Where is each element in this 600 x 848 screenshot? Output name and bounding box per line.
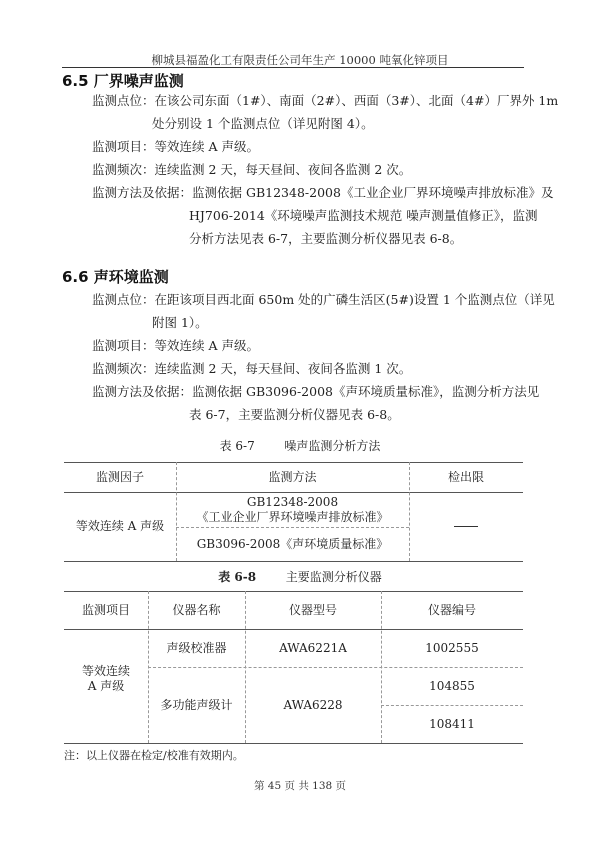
section-heading-6-5: 6.5 厂界噪声监测: [62, 70, 184, 91]
table-cell-instrument-serial: 1002555: [381, 629, 523, 667]
paragraph-line: 监测点位：在该公司东面（1#）、南面（2#）、西面（3#）、北面（4#）厂界外 …: [92, 90, 558, 111]
table-header-cell: 仪器编号: [381, 591, 523, 629]
paragraph-line: 监测点位：在距该项目西北面 650m 处的广磷生活区(5#)设置 1 个监测点位…: [92, 289, 555, 310]
table-cell-instrument-serial: 104855: [381, 667, 523, 705]
method-title: 《工业企业厂界环境噪声排放标准》: [196, 510, 388, 525]
method-code: GB12348-2008: [247, 495, 338, 510]
header-rule: [62, 67, 524, 68]
table-header-cell: 仪器名称: [148, 591, 245, 629]
caption-title: 主要监测分析仪器: [286, 570, 382, 584]
paragraph-line: 处分别设 1 个监测点位（详见附图 4）。: [152, 113, 374, 134]
table-6-8-caption: 表 6-8 主要监测分析仪器: [0, 568, 600, 585]
table-cell-method: GB3096-2008《声环境质量标准》: [176, 527, 409, 561]
paragraph-line: 监测频次：连续监测 2 天，每天昼间、夜间各监测 1 次。: [92, 358, 411, 379]
section-heading-6-6: 6.6 声环境监测: [62, 266, 169, 287]
table-header-cell: 监测因子: [64, 462, 176, 492]
paragraph-line: 表 6-7，主要监测分析仪器见表 6-8。: [189, 404, 400, 425]
table-header-cell: 检出限: [409, 462, 523, 492]
caption-number: 表 6-7: [220, 439, 255, 453]
table-cell-instrument-serial: 108411: [381, 705, 523, 743]
caption-title: 噪声监测分析方法: [284, 439, 380, 453]
table-bottom-rule: [64, 561, 523, 562]
table-cell-item: 等效连续 A 声级: [64, 629, 148, 729]
table-cell-instrument-model: AWA6221A: [245, 629, 381, 667]
page-number: 第 45 页 共 138 页: [0, 778, 600, 793]
item-line: 等效连续: [82, 664, 130, 679]
paragraph-line: 监测频次：连续监测 2 天，每天昼间、夜间各监测 2 次。: [92, 159, 411, 180]
table-bottom-rule: [64, 743, 523, 744]
table-cell-instrument-name: 声级校准器: [148, 629, 245, 667]
table-cell-factor: 等效连续 A 声级: [64, 492, 176, 561]
table-cell-instrument-name: 多功能声级计: [148, 667, 245, 743]
item-line: A 声级: [88, 679, 124, 694]
table-header-cell: 监测项目: [64, 591, 148, 629]
table-6-7-caption: 表 6-7 噪声监测分析方法: [0, 437, 600, 454]
paragraph-line: 监测项目：等效连续 A 声级。: [92, 335, 259, 356]
table-cell-detection-limit: [409, 492, 523, 561]
caption-number: 表 6-8: [218, 570, 256, 584]
table-header-cell: 监测方法: [176, 462, 409, 492]
paragraph-line: HJ706-2014《环境噪声监测技术规范 噪声测量值修正》，监测: [189, 205, 538, 226]
paragraph-line: 监测方法及依据：监测依据 GB12348-2008《工业企业厂界环境噪声排放标准…: [92, 182, 553, 203]
paragraph-line: 附图 1）。: [152, 312, 208, 333]
table-cell-instrument-model: AWA6228: [245, 667, 381, 743]
paragraph-line: 监测项目：等效连续 A 声级。: [92, 136, 259, 157]
document-header-title: 柳城县福盈化工有限责任公司年生产 10000 吨氧化锌项目: [0, 52, 600, 68]
table-cell-method: GB12348-2008 《工业企业厂界环境噪声排放标准》: [176, 492, 409, 527]
paragraph-line: 分析方法见表 6-7，主要监测分析仪器见表 6-8。: [189, 228, 462, 249]
table-header-cell: 仪器型号: [245, 591, 381, 629]
paragraph-line: 监测方法及依据：监测依据 GB3096-2008《声环境质量标准》，监测分析方法…: [92, 381, 539, 402]
table-note: 注：以上仪器在检定/校准有效期内。: [64, 747, 244, 763]
dash-mark: [454, 526, 478, 527]
